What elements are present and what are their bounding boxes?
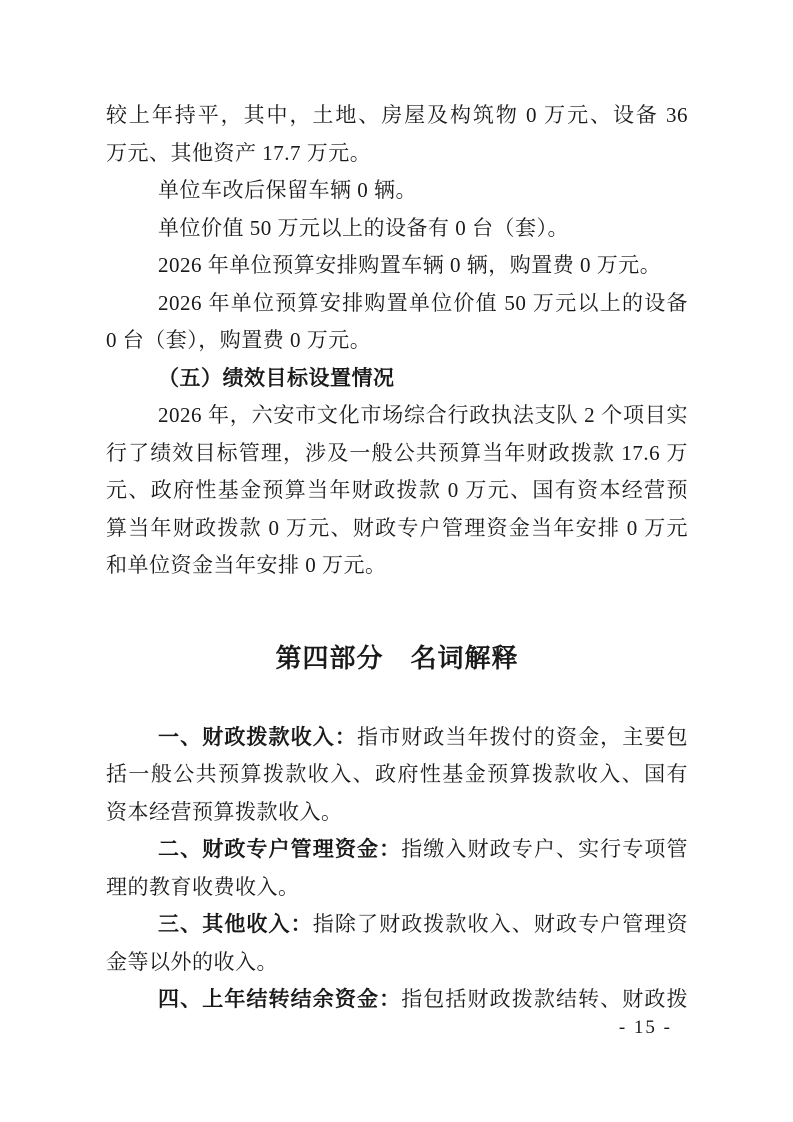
glossary-definition: 指市财政当年拨付的资金，主要包 [357, 725, 688, 749]
glossary-definition: 指包括财政拨款结转、财政拨 [401, 987, 688, 1011]
body-line: 算当年财政拨款 0 万元、财政专户管理资金当年安排 0 万元 [106, 510, 688, 548]
body-line: 2026 年单位预算安排购置车辆 0 辆，购置费 0 万元。 [106, 247, 688, 285]
glossary-item-line: 一、财政拨款收入：指市财政当年拨付的资金，主要包 [106, 719, 688, 757]
glossary-item-line: 金等以外的收入。 [106, 944, 688, 982]
body-line: 行了绩效目标管理，涉及一般公共预算当年财政拨款 17.6 万 [106, 435, 688, 473]
glossary-item-line: 理的教育收费收入。 [106, 869, 688, 907]
glossary-item-line: 二、财政专户管理资金：指缴入财政专户、实行专项管 [106, 831, 688, 869]
glossary-item-line: 三、其他收入：指除了财政拨款收入、财政专户管理资 [106, 906, 688, 944]
glossary-item-line: 括一般公共预算拨款收入、政府性基金预算拨款收入、国有 [106, 756, 688, 794]
glossary-term: 四、上年结转结余资金： [158, 988, 401, 1011]
body-line: 2026 年单位预算安排购置单位价值 50 万元以上的设备 [106, 285, 688, 323]
glossary-definition: 指除了财政拨款收入、财政专户管理资 [313, 912, 688, 936]
subsection-heading-5: （五）绩效目标设置情况 [106, 360, 688, 398]
glossary-term: 三、其他收入： [158, 913, 313, 936]
body-line: 单位车改后保留车辆 0 辆。 [106, 172, 688, 210]
glossary-item-line: 四、上年结转结余资金：指包括财政拨款结转、财政拨 [106, 981, 688, 1019]
glossary-definition: 指缴入财政专户、实行专项管 [401, 837, 688, 861]
body-line: 万元、其他资产 17.7 万元。 [106, 135, 688, 173]
body-line: 较上年持平，其中，土地、房屋及构筑物 0 万元、设备 36 [106, 97, 688, 135]
document-body: 较上年持平，其中，土地、房屋及构筑物 0 万元、设备 36 万元、其他资产 17… [106, 97, 688, 1019]
document-page: 较上年持平，其中，土地、房屋及构筑物 0 万元、设备 36 万元、其他资产 17… [0, 0, 793, 1122]
glossary-item-line: 资本经营预算拨款收入。 [106, 794, 688, 832]
body-line: 和单位资金当年安排 0 万元。 [106, 547, 688, 585]
body-line: 2026 年，六安市文化市场综合行政执法支队 2 个项目实 [106, 397, 688, 435]
glossary-term: 二、财政专户管理资金： [158, 838, 401, 861]
page-number: - 15 - [619, 1016, 672, 1040]
body-line: 0 台（套），购置费 0 万元。 [106, 322, 688, 360]
glossary-term: 一、财政拨款收入： [158, 726, 357, 749]
body-line: 元、政府性基金预算当年财政拨款 0 万元、国有资本经营预 [106, 472, 688, 510]
body-line: 单位价值 50 万元以上的设备有 0 台（套）。 [106, 210, 688, 248]
part4-title: 第四部分 名词解释 [106, 638, 688, 678]
